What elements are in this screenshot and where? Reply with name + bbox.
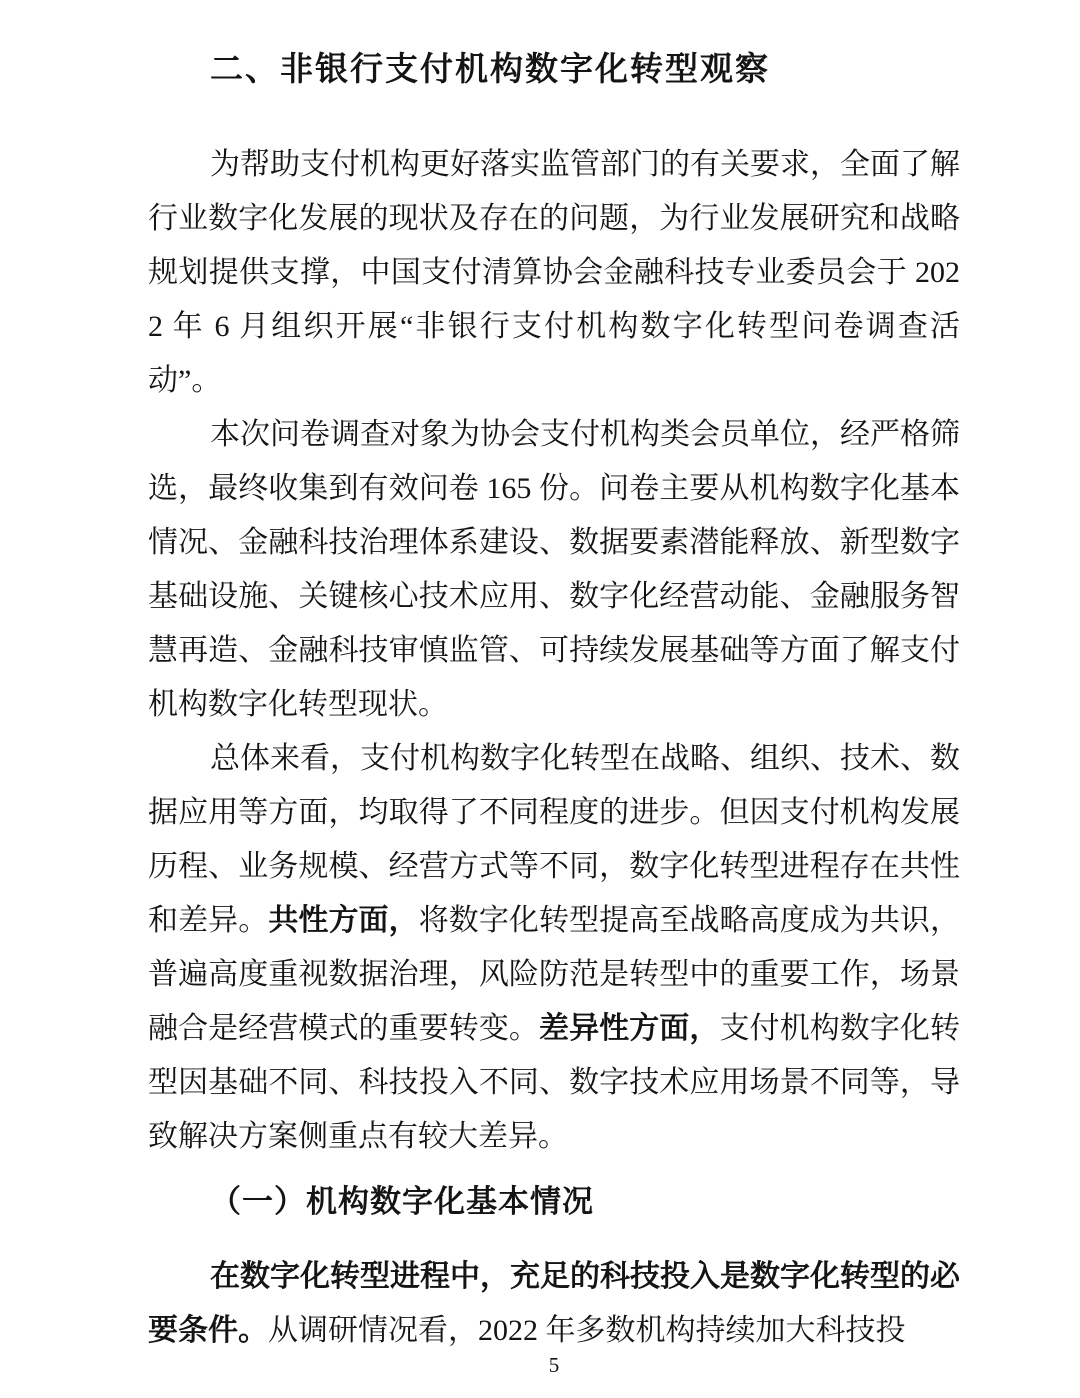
document-content: 二、非银行支付机构数字化转型观察 为帮助支付机构更好落实监管部门的有关要求，全面… bbox=[148, 48, 960, 1358]
bold-run-commonality: 共性方面， bbox=[268, 904, 418, 937]
paragraph-text: 本次问卷调查对象为协会支付机构类会员单位，经严格筛选，最终收集到有效问卷 165… bbox=[148, 418, 960, 721]
page-number: 5 bbox=[549, 1353, 560, 1377]
bold-run-difference: 差异性方面， bbox=[539, 1012, 719, 1045]
paragraph-text: 为帮助支付机构更好落实监管部门的有关要求，全面了解行业数字化发展的现状及存在的问… bbox=[148, 148, 960, 397]
section-heading: 二、非银行支付机构数字化转型观察 bbox=[148, 48, 960, 90]
paragraph-survey-background: 为帮助支付机构更好落实监管部门的有关要求，全面了解行业数字化发展的现状及存在的问… bbox=[148, 138, 960, 408]
document-page: 二、非银行支付机构数字化转型观察 为帮助支付机构更好落实监管部门的有关要求，全面… bbox=[0, 0, 1080, 1398]
paragraph-tech-investment: 在数字化转型进程中，充足的科技投入是数字化转型的必要条件。从调研情况看，2022… bbox=[148, 1250, 960, 1358]
paragraph-text: 从调研情况看，2022 年多数机构持续加大科技投 bbox=[268, 1314, 906, 1347]
paragraph-overall-findings: 总体来看，支付机构数字化转型在战略、组织、技术、数据应用等方面，均取得了不同程度… bbox=[148, 732, 960, 1164]
page-footer: 5 bbox=[148, 1352, 960, 1378]
paragraph-survey-scope: 本次问卷调查对象为协会支付机构类会员单位，经严格筛选，最终收集到有效问卷 165… bbox=[148, 408, 960, 732]
subsection-heading: （一）机构数字化基本情况 bbox=[148, 1180, 960, 1224]
